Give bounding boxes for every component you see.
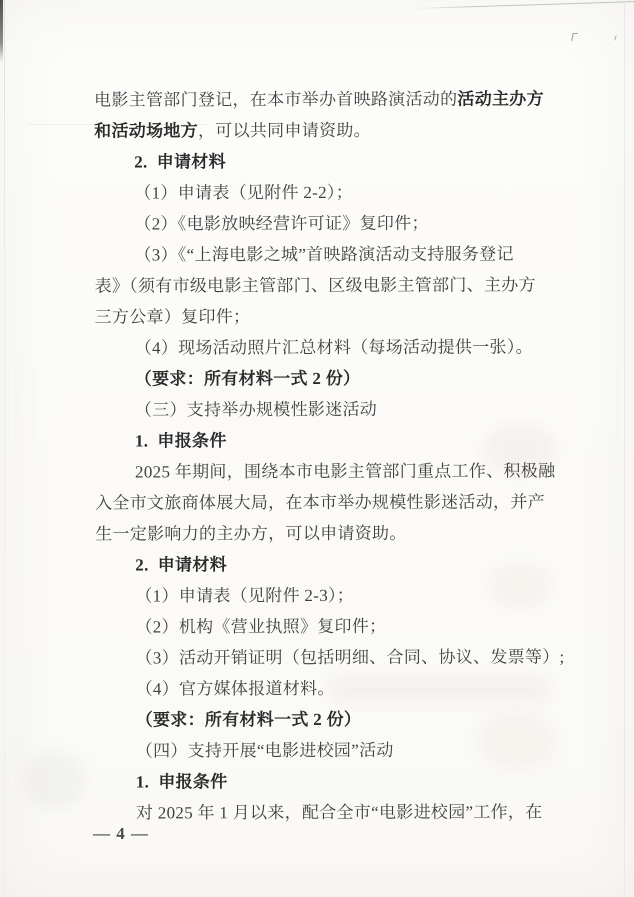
text-line: （2）《电影放映经营许可证》复印件； — [94, 207, 554, 239]
text-segment-bold: （要求：所有材料一式 2 份） — [136, 710, 362, 730]
text-segment-bold: 2. 申请材料 — [134, 152, 226, 171]
text-line: （要求：所有材料一式 2 份） — [95, 362, 555, 394]
scan-edge-left-dark-strip — [0, 0, 3, 62]
text-line: （1）申请表（见附件 2-3）； — [95, 579, 555, 611]
text-segment: 对 2025 年 1 月以来，配合全市“电影进校园”工作，在 — [136, 802, 543, 822]
scan-speck — [571, 33, 578, 41]
text-line: （三）支持举办规模性影迷活动 — [95, 393, 555, 425]
text-line: （四）支持开展“电影进校园”活动 — [96, 734, 556, 766]
text-line: （3）《“上海电影之城”首映路演活动支持服务登记 — [94, 238, 554, 270]
text-segment-bold: 1. 申报条件 — [136, 772, 228, 791]
scan-edge-left-line — [4, 0, 5, 897]
text-line: 表》（须有市级电影主管部门、区级电影主管部门、主办方 — [95, 269, 555, 301]
text-line: 1. 申报条件 — [96, 765, 556, 797]
text-segment: （3）《“上海电影之城”首映路演活动支持服务登记 — [134, 245, 513, 265]
page-number: — 4 — — [93, 824, 149, 844]
text-line: 和活动场地方，可以共同申请资助。 — [94, 114, 554, 146]
text-segment: 三方公章）复印件； — [95, 307, 251, 326]
text-segment-bold: 1. 申报条件 — [135, 431, 227, 450]
scan-edge-top-right-line — [415, 1, 634, 9]
text-segment: ，可以共同申请资助。 — [198, 121, 371, 140]
bleed-through-smudge — [22, 752, 86, 810]
scan-speck — [611, 35, 616, 41]
text-line: 2025 年期间，围绕本市电影主管部门重点工作、积极融 — [95, 455, 555, 487]
text-line: 三方公章）复印件； — [95, 300, 555, 332]
text-line: （4）现场活动照片汇总材料（每场活动提供一张）。 — [95, 331, 555, 363]
text-line: （4）官方媒体报道材料。 — [96, 672, 556, 704]
scanned-page: { "colors": { "paper": "#fcfcfa", "ink":… — [0, 0, 634, 897]
text-line: （要求：所有材料一式 2 份） — [96, 703, 556, 735]
text-line: 2. 申请材料 — [94, 145, 554, 177]
text-line: （2）机构《营业执照》复印件； — [95, 610, 555, 642]
text-line: 1. 申报条件 — [95, 424, 555, 456]
text-line: （3）活动开销证明（包括明细、合同、协议、发票等）; — [95, 641, 555, 673]
text-segment: （三）支持举办规模性影迷活动 — [135, 400, 377, 420]
text-line: （1）申请表（见附件 2-2）； — [94, 176, 554, 208]
text-segment: （2）机构《营业执照》复印件； — [135, 617, 386, 637]
text-segment-bold: 活动主办方 — [457, 89, 544, 108]
text-segment: （1）申请表（见附件 2-3）； — [135, 586, 354, 606]
text-segment: （3）活动开销证明（包括明细、合同、协议、发票等）; — [136, 647, 565, 667]
document-body: 电影主管部门登记，在本市举办首映路演活动的活动主办方和活动场地方，可以共同申请资… — [94, 83, 556, 828]
text-segment: 2025 年期间，围绕本市电影主管部门重点工作、积极融 — [135, 461, 555, 481]
text-segment: 表》（须有市级电影主管部门、区级电影主管部门、主办方 — [95, 275, 536, 295]
text-line: 2. 申请材料 — [95, 548, 555, 580]
text-line: 生一定影响力的主办方，可以申请资助。 — [95, 517, 555, 549]
text-segment: （四）支持开展“电影进校园”活动 — [136, 741, 394, 761]
text-line: 入全市文旅商体展大局，在本市举办规模性影迷活动，并产 — [95, 486, 555, 518]
text-segment-bold: （要求：所有材料一式 2 份） — [135, 369, 361, 389]
text-line: 电影主管部门登记，在本市举办首映路演活动的活动主办方 — [94, 83, 554, 115]
text-segment-bold: 2. 申请材料 — [135, 555, 227, 574]
text-segment: 生一定影响力的主办方，可以申请资助。 — [95, 524, 406, 544]
text-segment: （1）申请表（见附件 2-2）； — [134, 183, 353, 203]
text-segment: （2）《电影放映经营许可证》复印件； — [134, 214, 428, 234]
scan-edge-right-line — [624, 0, 625, 897]
text-line: 对 2025 年 1 月以来，配合全市“电影进校园”工作，在 — [96, 796, 556, 828]
text-segment: 电影主管部门登记，在本市举办首映路演活动的 — [94, 90, 457, 110]
text-segment: 入全市文旅商体展大局，在本市举办规模性影迷活动，并产 — [95, 492, 545, 512]
text-segment-bold: 和活动场地方 — [94, 121, 198, 140]
text-segment: （4）官方媒体报道材料。 — [136, 679, 335, 699]
text-segment: （4）现场活动照片汇总材料（每场活动提供一张）。 — [135, 337, 533, 357]
